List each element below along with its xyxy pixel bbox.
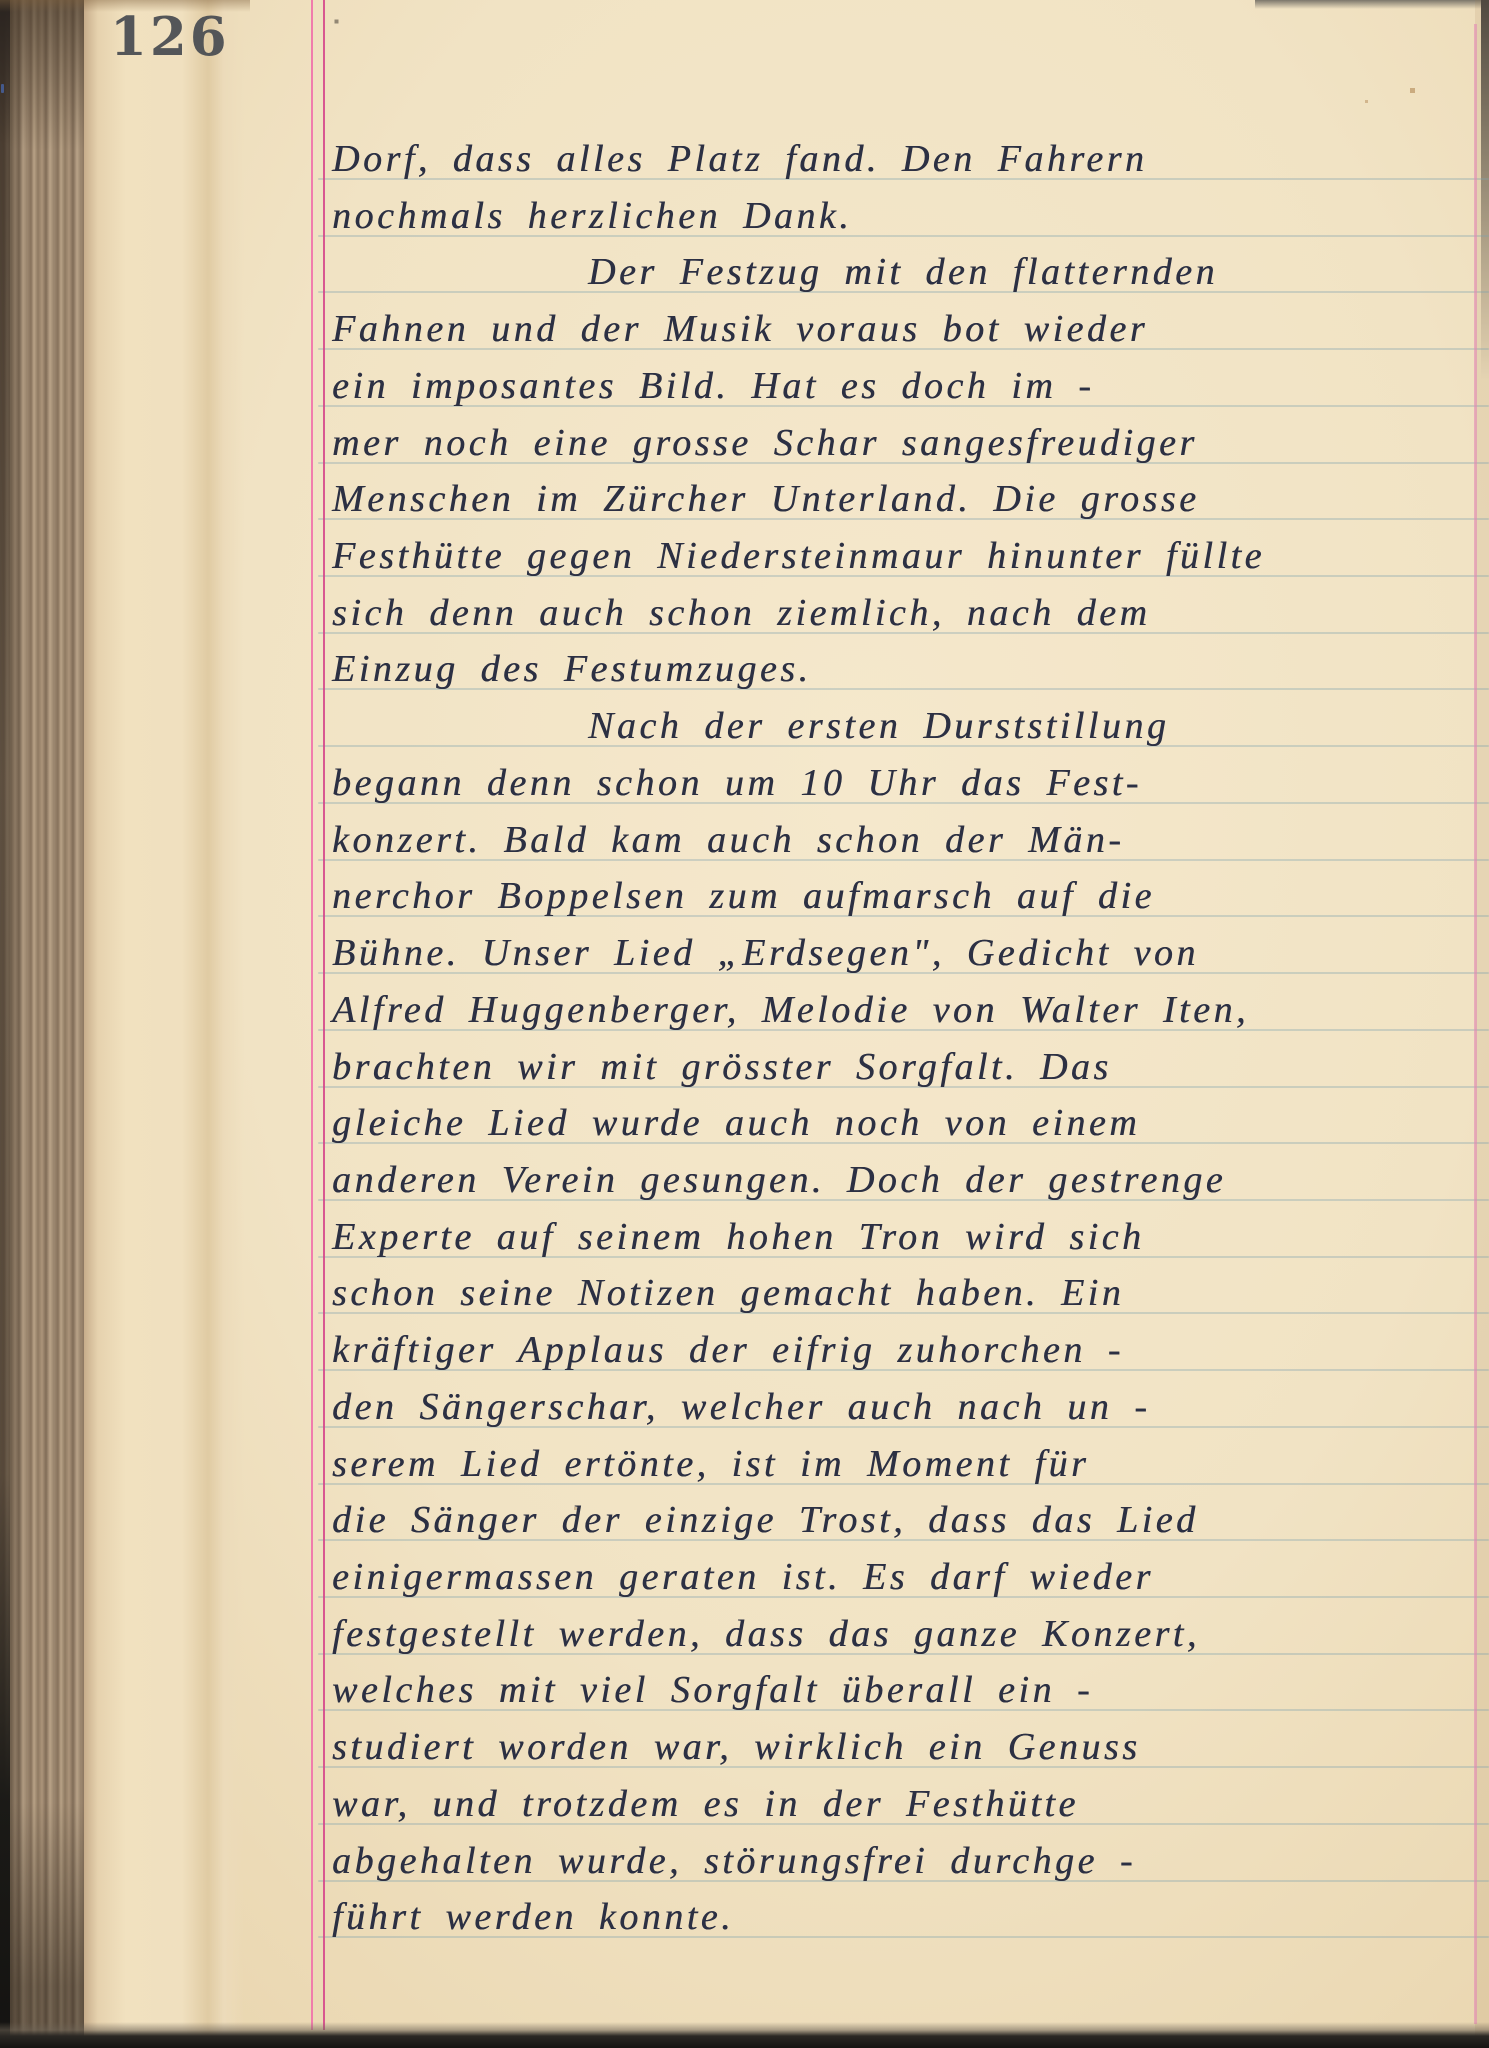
binding-shadow bbox=[0, 0, 84, 2048]
handwritten-line: studiert worden war, wirklich ein Genuss bbox=[332, 1721, 1140, 1775]
handwritten-line: festgestellt werden, dass das ganze Konz… bbox=[332, 1608, 1200, 1662]
handwritten-line: Der Festzug mit den flatternden bbox=[588, 246, 1218, 300]
blue-fiber-speck bbox=[1, 84, 4, 93]
paper-specks bbox=[0, 0, 1, 1]
handwritten-line: begann denn schon um 10 Uhr das Fest- bbox=[332, 757, 1142, 811]
right-margin-line bbox=[1474, 24, 1477, 2024]
handwritten-line: nochmals herzlichen Dank. bbox=[332, 190, 852, 244]
handwritten-line: kräftiger Applaus der eifrig zuhorchen - bbox=[332, 1324, 1124, 1378]
handwritten-line: Festhütte gegen Niedersteinmaur hinunter… bbox=[332, 530, 1265, 584]
handwritten-line: abgehalten wurde, störungsfrei durchge - bbox=[332, 1835, 1136, 1889]
spine-edge bbox=[0, 0, 10, 2048]
handwritten-line: Alfred Huggenberger, Melodie von Walter … bbox=[332, 984, 1249, 1038]
handwritten-line: führt werden konnte. bbox=[332, 1891, 734, 1945]
handwritten-line: Einzug des Festumzuges. bbox=[332, 643, 812, 697]
handwritten-line: schon seine Notizen gemacht haben. Ein bbox=[332, 1267, 1124, 1321]
handwritten-line: Menschen im Zürcher Unterland. Die gross… bbox=[332, 473, 1199, 527]
handwritten-line: brachten wir mit grösster Sorgfalt. Das bbox=[332, 1041, 1112, 1095]
paper-edge-tint-right bbox=[1475, 0, 1489, 2048]
handwritten-line: Dorf, dass alles Platz fand. Den Fahrern bbox=[332, 133, 1147, 187]
scanned-book-page: 126 Dorf, dass alles Platz fand. Den Fah… bbox=[0, 0, 1489, 2048]
handwritten-line: Nach der ersten Durststillung bbox=[588, 700, 1169, 754]
page-curl-edge bbox=[84, 0, 244, 2048]
handwritten-line: war, und trotzdem es in der Festhütte bbox=[332, 1778, 1079, 1832]
handwritten-line: mer noch eine grosse Schar sangesfreudig… bbox=[332, 417, 1198, 471]
handwritten-line: sich denn auch schon ziemlich, nach dem bbox=[332, 587, 1150, 641]
scan-shadow-top-right bbox=[1255, 0, 1489, 9]
handwritten-line: die Sänger der einzige Trost, dass das L… bbox=[332, 1494, 1199, 1548]
scan-shadow-bottom bbox=[0, 2022, 1489, 2048]
handwritten-line: den Sängerschar, welcher auch nach un - bbox=[332, 1381, 1150, 1435]
handwritten-line: ein imposantes Bild. Hat es doch im - bbox=[332, 360, 1094, 414]
handwritten-line: Experte auf seinem hohen Tron wird sich bbox=[332, 1211, 1145, 1265]
handwritten-line: einigermassen geraten ist. Es darf wiede… bbox=[332, 1551, 1154, 1605]
left-margin-double-line bbox=[311, 0, 325, 2030]
handwritten-line: konzert. Bald kam auch schon der Män- bbox=[332, 814, 1124, 868]
handwritten-line: welches mit viel Sorgfalt überall ein - bbox=[332, 1664, 1093, 1718]
page-number: 126 bbox=[110, 6, 230, 68]
handwritten-line: nerchor Boppelsen zum aufmarsch auf die bbox=[332, 870, 1155, 924]
handwritten-line: anderen Verein gesungen. Doch der gestre… bbox=[332, 1154, 1226, 1208]
handwritten-line: Bühne. Unser Lied „Erdsegen", Gedicht vo… bbox=[332, 927, 1199, 981]
handwritten-line: Fahnen und der Musik voraus bot wieder bbox=[332, 303, 1148, 357]
handwritten-line: gleiche Lied wurde auch noch von einem bbox=[332, 1097, 1140, 1151]
handwritten-line: serem Lied ertönte, ist im Moment für bbox=[332, 1438, 1089, 1492]
